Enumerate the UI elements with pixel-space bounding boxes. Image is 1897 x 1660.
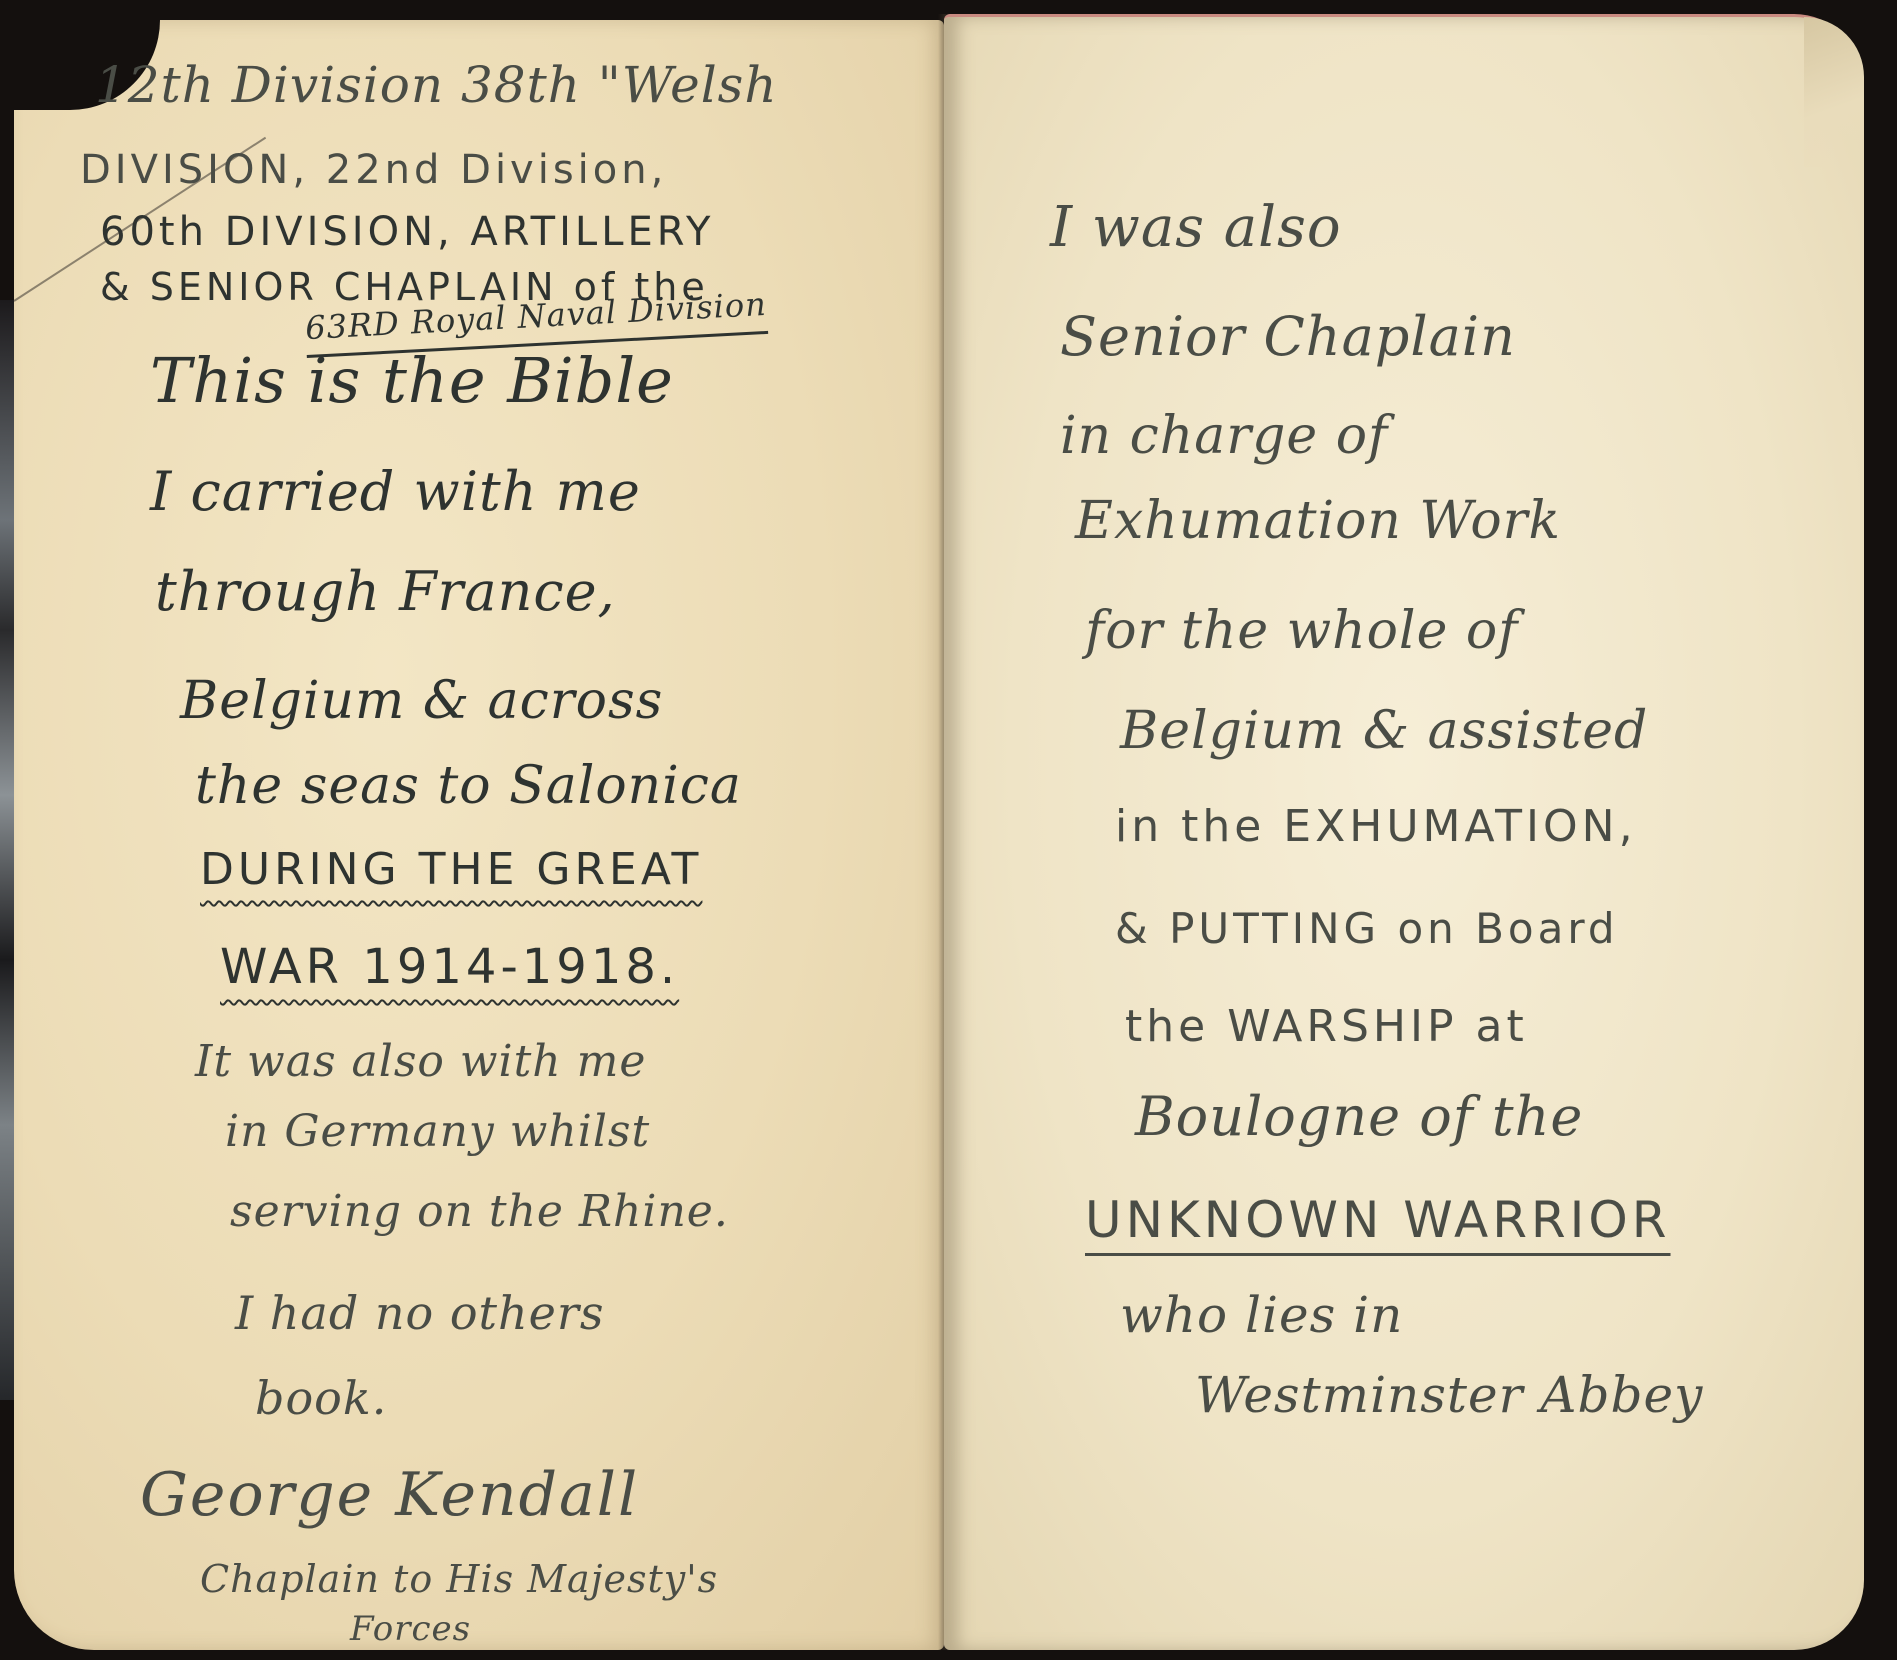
body-line: serving on the Rhine.: [230, 1190, 729, 1234]
body-line: Belgium & assisted: [1120, 705, 1648, 757]
header-line: DIVISION, 22nd Division,: [80, 150, 667, 190]
body-line: the seas to Salonica: [195, 760, 742, 812]
body-line: through France,: [155, 565, 616, 619]
body-line: in the EXHUMATION,: [1115, 805, 1637, 849]
body-line: Boulogne of the: [1135, 1090, 1583, 1144]
body-line: & PUTTING on Board: [1115, 908, 1619, 950]
body-line: Exhumation Work: [1075, 495, 1561, 547]
body-line: the WARSHIP at: [1125, 1005, 1528, 1049]
body-line: It was also with me: [195, 1040, 646, 1084]
body-line: DURING THE GREAT: [200, 848, 702, 892]
body-line: UNKNOWN WARRIOR: [1085, 1195, 1671, 1245]
header-line: 60th DIVISION, ARTILLERY: [100, 212, 714, 252]
body-line: I was also: [1050, 200, 1342, 256]
signature-title-line: Chaplain to His Majesty's: [200, 1560, 718, 1598]
body-line: in charge of: [1060, 410, 1388, 462]
body-line: I had no others: [235, 1290, 604, 1336]
signature: George Kendall: [140, 1465, 639, 1525]
signature-title-line: Forces: [350, 1612, 471, 1646]
body-line: This is the Bible: [150, 350, 674, 412]
header-line: 12th Division 38th "Welsh: [95, 60, 778, 110]
body-line: for the whole of: [1085, 605, 1518, 657]
body-line: Westminster Abbey: [1195, 1370, 1703, 1420]
body-line: who lies in: [1120, 1290, 1403, 1340]
body-line: in Germany whilst: [225, 1110, 650, 1154]
body-line: Senior Chaplain: [1060, 310, 1516, 364]
body-line: book.: [255, 1375, 387, 1421]
body-line: Belgium & across: [180, 675, 663, 727]
folded-corner: [1804, 17, 1864, 167]
body-line: WAR 1914-1918.: [220, 943, 679, 991]
body-line: I carried with me: [150, 465, 641, 519]
